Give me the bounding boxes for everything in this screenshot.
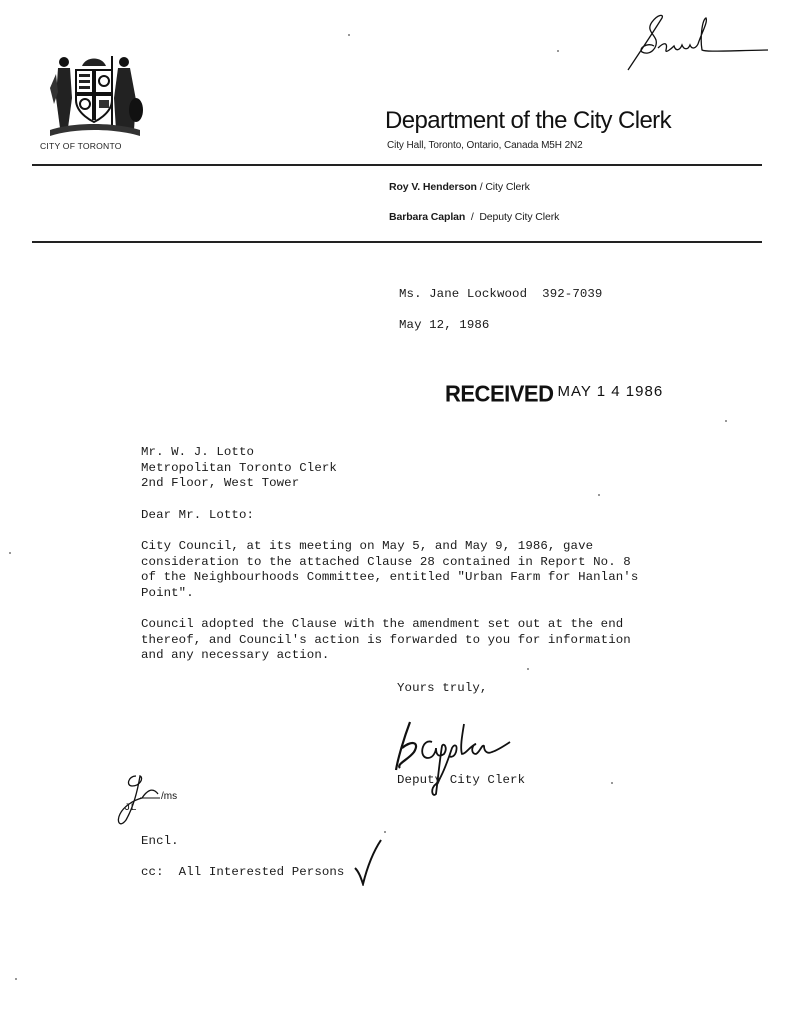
scan-speck [611, 782, 613, 784]
valediction: Yours truly, [397, 681, 487, 697]
body-line: City Council, at its meeting on May 5, a… [141, 539, 638, 555]
city-crest-icon [44, 48, 144, 140]
crest-label: CITY OF TORONTO [40, 141, 122, 151]
recipient-line: Mr. W. J. Lotto [141, 445, 337, 461]
scan-speck [9, 552, 11, 554]
scan-speck [348, 34, 350, 36]
scan-speck [384, 831, 386, 833]
department-address: City Hall, Toronto, Ontario, Canada M5H … [387, 140, 583, 151]
stamp-date: MAY 1 4 1986 [557, 383, 663, 400]
scan-speck [725, 420, 727, 422]
body-line: consideration to the attached Clause 28 … [141, 555, 638, 571]
signer-title: Deputy City Clerk [397, 773, 525, 789]
officer-name: Roy V. Henderson [389, 181, 477, 193]
recipient-line: 2nd Floor, West Tower [141, 476, 337, 492]
body-line: Council adopted the Clause with the amen… [141, 617, 631, 633]
body-line: of the Neighbourhoods Committee, entitle… [141, 570, 638, 586]
header-divider-bottom [32, 241, 762, 243]
header-divider-top [32, 164, 762, 166]
scan-speck [598, 494, 600, 496]
cc-line: cc: All Interested Persons [141, 865, 344, 881]
salutation: Dear Mr. Lotto: [141, 508, 254, 524]
officer-deputy-clerk: Barbara Caplan / Deputy City Clerk [389, 211, 559, 223]
enclosure-note: Encl. [141, 834, 179, 850]
body-line: Point". [141, 586, 638, 602]
typist-initials: /ms [161, 791, 177, 802]
body-paragraph-2: Council adopted the Clause with the amen… [141, 617, 631, 664]
body-paragraph-1: City Council, at its meeting on May 5, a… [141, 539, 638, 601]
letter-date: May 12, 1986 [399, 318, 489, 334]
body-line: thereof, and Council's action is forward… [141, 633, 631, 649]
officer-title: Deputy City Clerk [479, 211, 559, 223]
scan-speck [15, 978, 17, 980]
recipient-address: Mr. W. J. Lotto Metropolitan Toronto Cle… [141, 445, 337, 492]
department-title: Department of the City Clerk [385, 107, 671, 135]
officer-title: City Clerk [485, 181, 530, 193]
scan-speck [527, 668, 529, 670]
officer-name: Barbara Caplan [389, 211, 465, 223]
scan-speck [557, 50, 559, 52]
received-stamp: RECEIVEDMAY 1 4 1986 [445, 381, 663, 407]
checkmark-icon [353, 838, 383, 886]
stamp-word: RECEIVED [445, 380, 553, 407]
top-signature-icon [620, 12, 770, 74]
author-initials: JL [124, 801, 137, 817]
contact-reference: Ms. Jane Lockwood 392-7039 [399, 287, 602, 303]
jl-initials-signature-icon [114, 772, 174, 832]
officer-separator: / [465, 211, 479, 223]
officer-city-clerk: Roy V. Henderson / City Clerk [389, 181, 530, 193]
recipient-line: Metropolitan Toronto Clerk [141, 461, 337, 477]
body-line: and any necessary action. [141, 648, 631, 664]
